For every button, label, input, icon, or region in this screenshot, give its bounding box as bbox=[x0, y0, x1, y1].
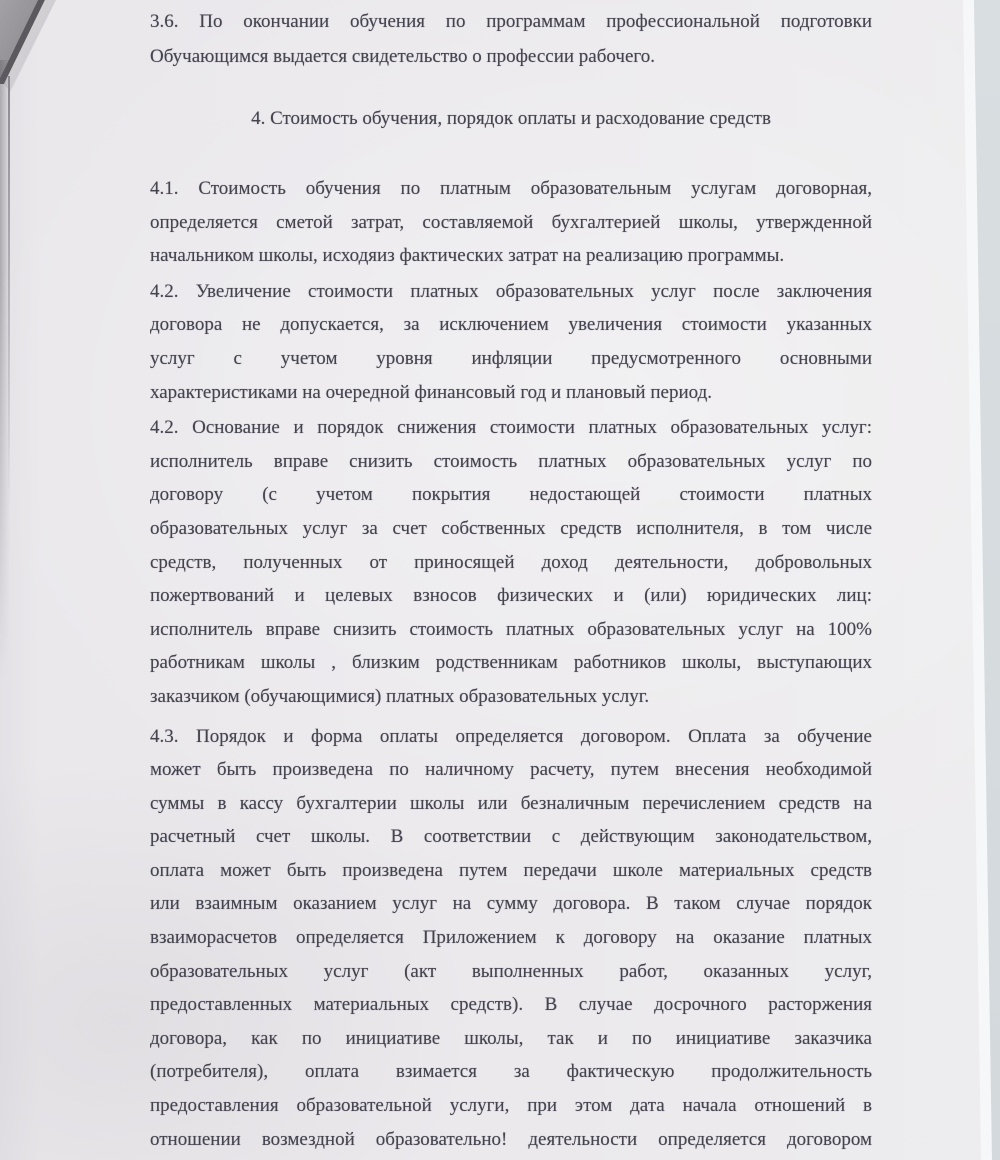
scanned-page: 3.6. По окончании обучения по программам… bbox=[0, 0, 1000, 1160]
section-4-heading: 4. Стоимость обучения, порядок оплаты и … bbox=[150, 101, 872, 136]
text-line: исполнитель вправе снизить стоимость пла… bbox=[150, 445, 872, 479]
text-line: средств, полученных от приносящей доход … bbox=[150, 546, 872, 580]
text-line: 4.2. Увеличение стоимости платных образо… bbox=[150, 275, 872, 309]
text-line: отношении возмездной образовательно! дея… bbox=[150, 1123, 872, 1157]
text-line: договору (с учетом покрытия недостающей … bbox=[150, 478, 872, 512]
text-line: предоставления образовательной услуги, п… bbox=[150, 1089, 872, 1123]
document-text: 3.6. По окончании обучения по программам… bbox=[150, 4, 872, 1156]
text-line: образовательных услуг (акт выполненных р… bbox=[150, 955, 872, 989]
text-line: взаиморасчетов определяется Приложением … bbox=[150, 921, 872, 955]
text-line: может быть произведена по наличному расч… bbox=[150, 753, 872, 787]
text-line: (потребителя), оплата взимается за факти… bbox=[150, 1055, 872, 1089]
text-line: характеристиками на очередной финансовый… bbox=[150, 376, 872, 410]
text-line: 4.1. Стоимость обучения по платным образ… bbox=[150, 172, 872, 206]
text-line: оплата может быть произведена путем пере… bbox=[150, 854, 872, 888]
clause-4-2-increase: 4.2. Увеличение стоимости платных образо… bbox=[150, 275, 872, 409]
text-line: заказчиком (обучающимися) платных образо… bbox=[150, 680, 872, 714]
text-line: начальником школы, исходяиз фактических … bbox=[150, 239, 872, 273]
text-line: 3.6. По окончании обучения по программам… bbox=[150, 4, 872, 39]
text-line: суммы в кассу бухгалтерии школы или безн… bbox=[150, 787, 872, 821]
text-line: определяется сметой затрат, составляемой… bbox=[150, 206, 872, 240]
clause-4-1: 4.1. Стоимость обучения по платным образ… bbox=[150, 172, 872, 273]
text-line: услуг с учетом уровня инфляции предусмот… bbox=[150, 342, 872, 376]
text-line: пожертвований и целевых взносов физическ… bbox=[150, 579, 872, 613]
text-line: образовательных услуг за счет собственны… bbox=[150, 512, 872, 546]
text-line: расчетный счет школы. В соответствии с д… bbox=[150, 820, 872, 854]
text-line: договора не допускается, за исключением … bbox=[150, 308, 872, 342]
text-line: работникам школы , близким родственникам… bbox=[150, 646, 872, 680]
scan-right-edge bbox=[955, 0, 1000, 1160]
text-line: 4.3. Порядок и форма оплаты определяется… bbox=[150, 720, 872, 754]
text-line: 4.2. Основание и порядок снижения стоимо… bbox=[150, 411, 872, 445]
text-line: исполнитель вправе снизить стоимость пла… bbox=[150, 613, 872, 647]
clause-4-2-reduction: 4.2. Основание и порядок снижения стоимо… bbox=[150, 411, 872, 713]
text-line: или взаимным оказанием услуг на сумму до… bbox=[150, 887, 872, 921]
text-line: 4. Стоимость обучения, порядок оплаты и … bbox=[150, 101, 872, 136]
clause-4-3: 4.3. Порядок и форма оплаты определяется… bbox=[150, 720, 872, 1157]
text-line: договора, как по инициативе школы, так и… bbox=[150, 1022, 872, 1056]
text-line: Обучающимся выдается свидетельство о про… bbox=[150, 39, 872, 74]
clause-3-6: 3.6. По окончании обучения по программам… bbox=[150, 4, 872, 74]
scan-left-crease bbox=[8, 76, 10, 506]
text-line: предоставленных материальных средств). В… bbox=[150, 988, 872, 1022]
